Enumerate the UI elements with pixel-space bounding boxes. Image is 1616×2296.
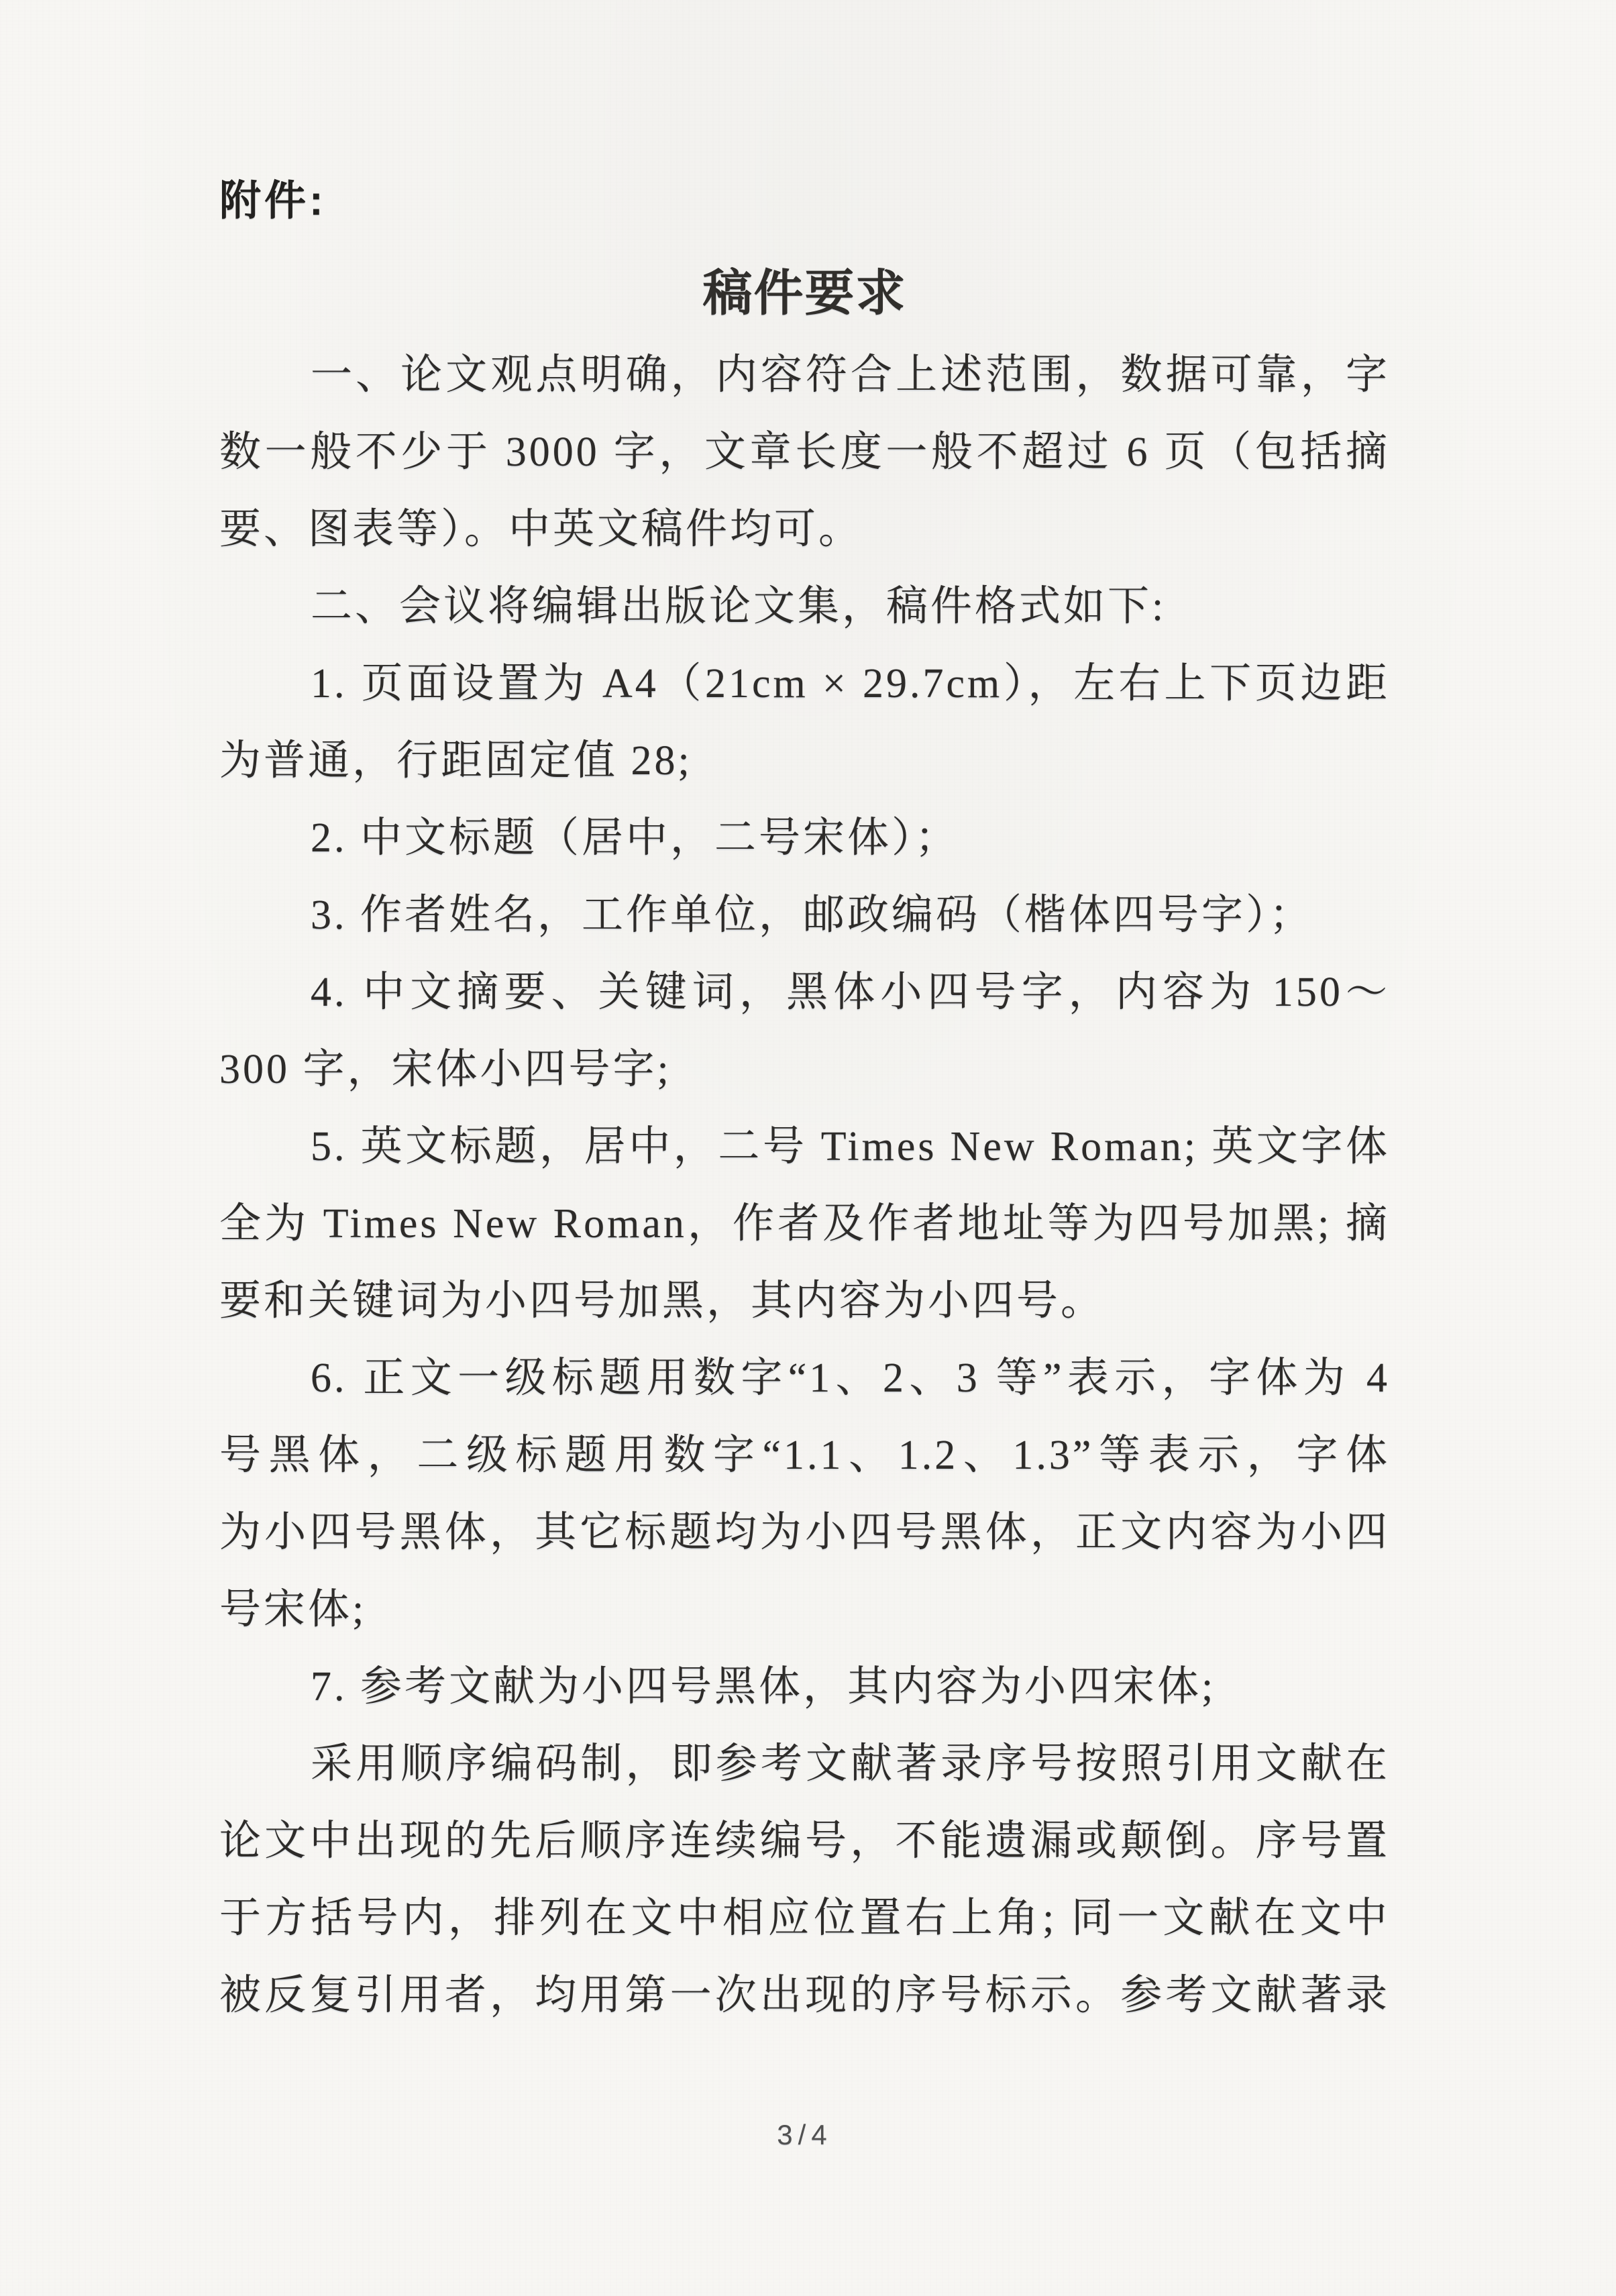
text-line: 一、论文观点明确，内容符合上述范围，数据可靠，字	[219, 337, 1390, 414]
text-line: 为小四号黑体，其它标题均为小四号黑体，正文内容为小四	[219, 1494, 1390, 1571]
text-line: 5. 英文标题，居中，二号 Times New Roman; 英文字体	[219, 1108, 1390, 1186]
scanned-document-page: 附件: 稿件要求 一、论文观点明确，内容符合上述范围，数据可靠，字 数一般不少于…	[0, 0, 1616, 2296]
text-line: 论文中出现的先后顺序连续编号，不能遗漏或颠倒。序号置	[219, 1803, 1390, 1880]
text-line: 为普通，行距固定值 28;	[219, 723, 1390, 800]
text-line: 全为 Times New Roman，作者及作者地址等为四号加黑; 摘	[219, 1186, 1390, 1263]
text-line: 要、图表等）。中英文稿件均可。	[219, 491, 1390, 568]
text-line: 300 字，宋体小四号字;	[219, 1031, 1390, 1108]
text-line: 被反复引用者，均用第一次出现的序号标示。参考文献著录	[219, 1957, 1390, 2034]
document-body: 一、论文观点明确，内容符合上述范围，数据可靠，字 数一般不少于 3000 字，文…	[219, 337, 1390, 2034]
text-line: 采用顺序编码制，即参考文献著录序号按照引用文献在	[219, 1726, 1390, 1803]
text-line: 数一般不少于 3000 字，文章长度一般不超过 6 页（包括摘	[219, 414, 1390, 491]
text-line: 号宋体;	[219, 1571, 1390, 1649]
text-line: 2. 中文标题（居中，二号宋体）；	[219, 800, 1390, 877]
text-line: 3. 作者姓名，工作单位，邮政编码（楷体四号字）；	[219, 877, 1390, 954]
text-line: 于方括号内，排列在文中相应位置右上角; 同一文献在文中	[219, 1880, 1390, 1957]
document-title: 稿件要求	[219, 254, 1390, 325]
page-number: 3/4	[219, 2115, 1390, 2155]
text-line: 1. 页面设置为 A4（21cm × 29.7cm），左右上下页边距	[219, 645, 1390, 723]
text-line: 号黑体，二级标题用数字“1.1、1.2、1.3”等表示，字体	[219, 1417, 1390, 1494]
text-line: 6. 正文一级标题用数字“1、2、3 等”表示，字体为 4	[219, 1340, 1390, 1417]
text-line: 要和关键词为小四号加黑，其内容为小四号。	[219, 1263, 1390, 1340]
text-line: 4. 中文摘要、关键词，黑体小四号字，内容为 150～	[219, 954, 1390, 1031]
text-line: 7. 参考文献为小四号黑体，其内容为小四宋体;	[219, 1649, 1390, 1726]
text-line: 二、会议将编辑出版论文集，稿件格式如下:	[219, 568, 1390, 645]
attachment-label: 附件:	[219, 173, 327, 229]
